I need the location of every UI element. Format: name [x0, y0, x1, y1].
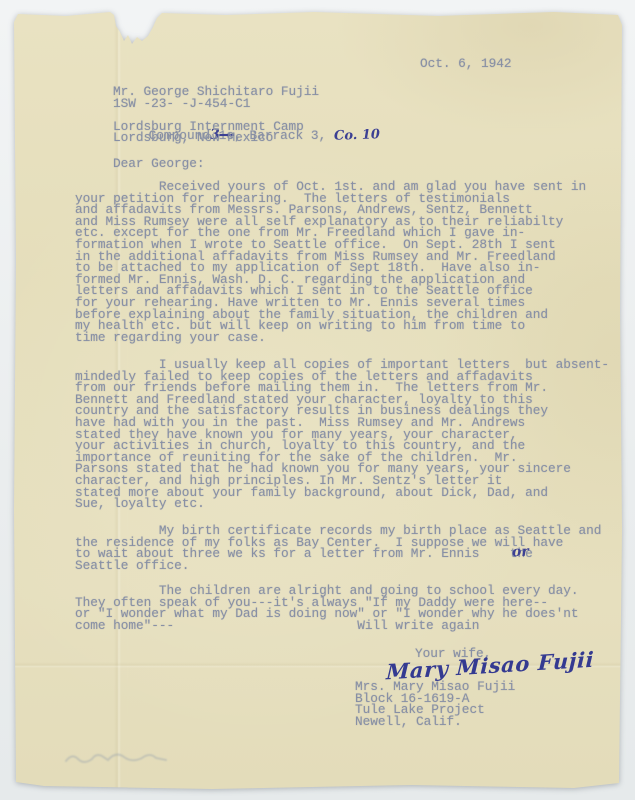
recipient-city-line: Lordsburg, New Mexico: [113, 132, 273, 144]
paragraph-1: Received yours of Oct. 1st. and am glad …: [75, 181, 586, 343]
paragraph-2: I usually keep all copies of important l…: [75, 359, 609, 510]
paper-shadow-wrap: Oct. 6, 1942 Mr. George Shichitaro Fujii…: [0, 0, 635, 800]
paragraph-4: The children are alright and going to sc…: [75, 585, 579, 631]
letter-paper: Oct. 6, 1942 Mr. George Shichitaro Fujii…: [14, 10, 622, 790]
handwritten-or-correction: or: [512, 544, 529, 561]
faint-pencil-mark: [60, 745, 190, 771]
scanned-letter-background: Oct. 6, 1942 Mr. George Shichitaro Fujii…: [0, 0, 635, 800]
compound-handwritten-note: Co. 10: [334, 127, 380, 144]
sender-address-block: Mrs. Mary Misao Fujii Block 16-1619-A Tu…: [355, 681, 515, 727]
letter-date: Oct. 6, 1942: [420, 58, 512, 70]
salutation: Dear George:: [113, 158, 205, 170]
